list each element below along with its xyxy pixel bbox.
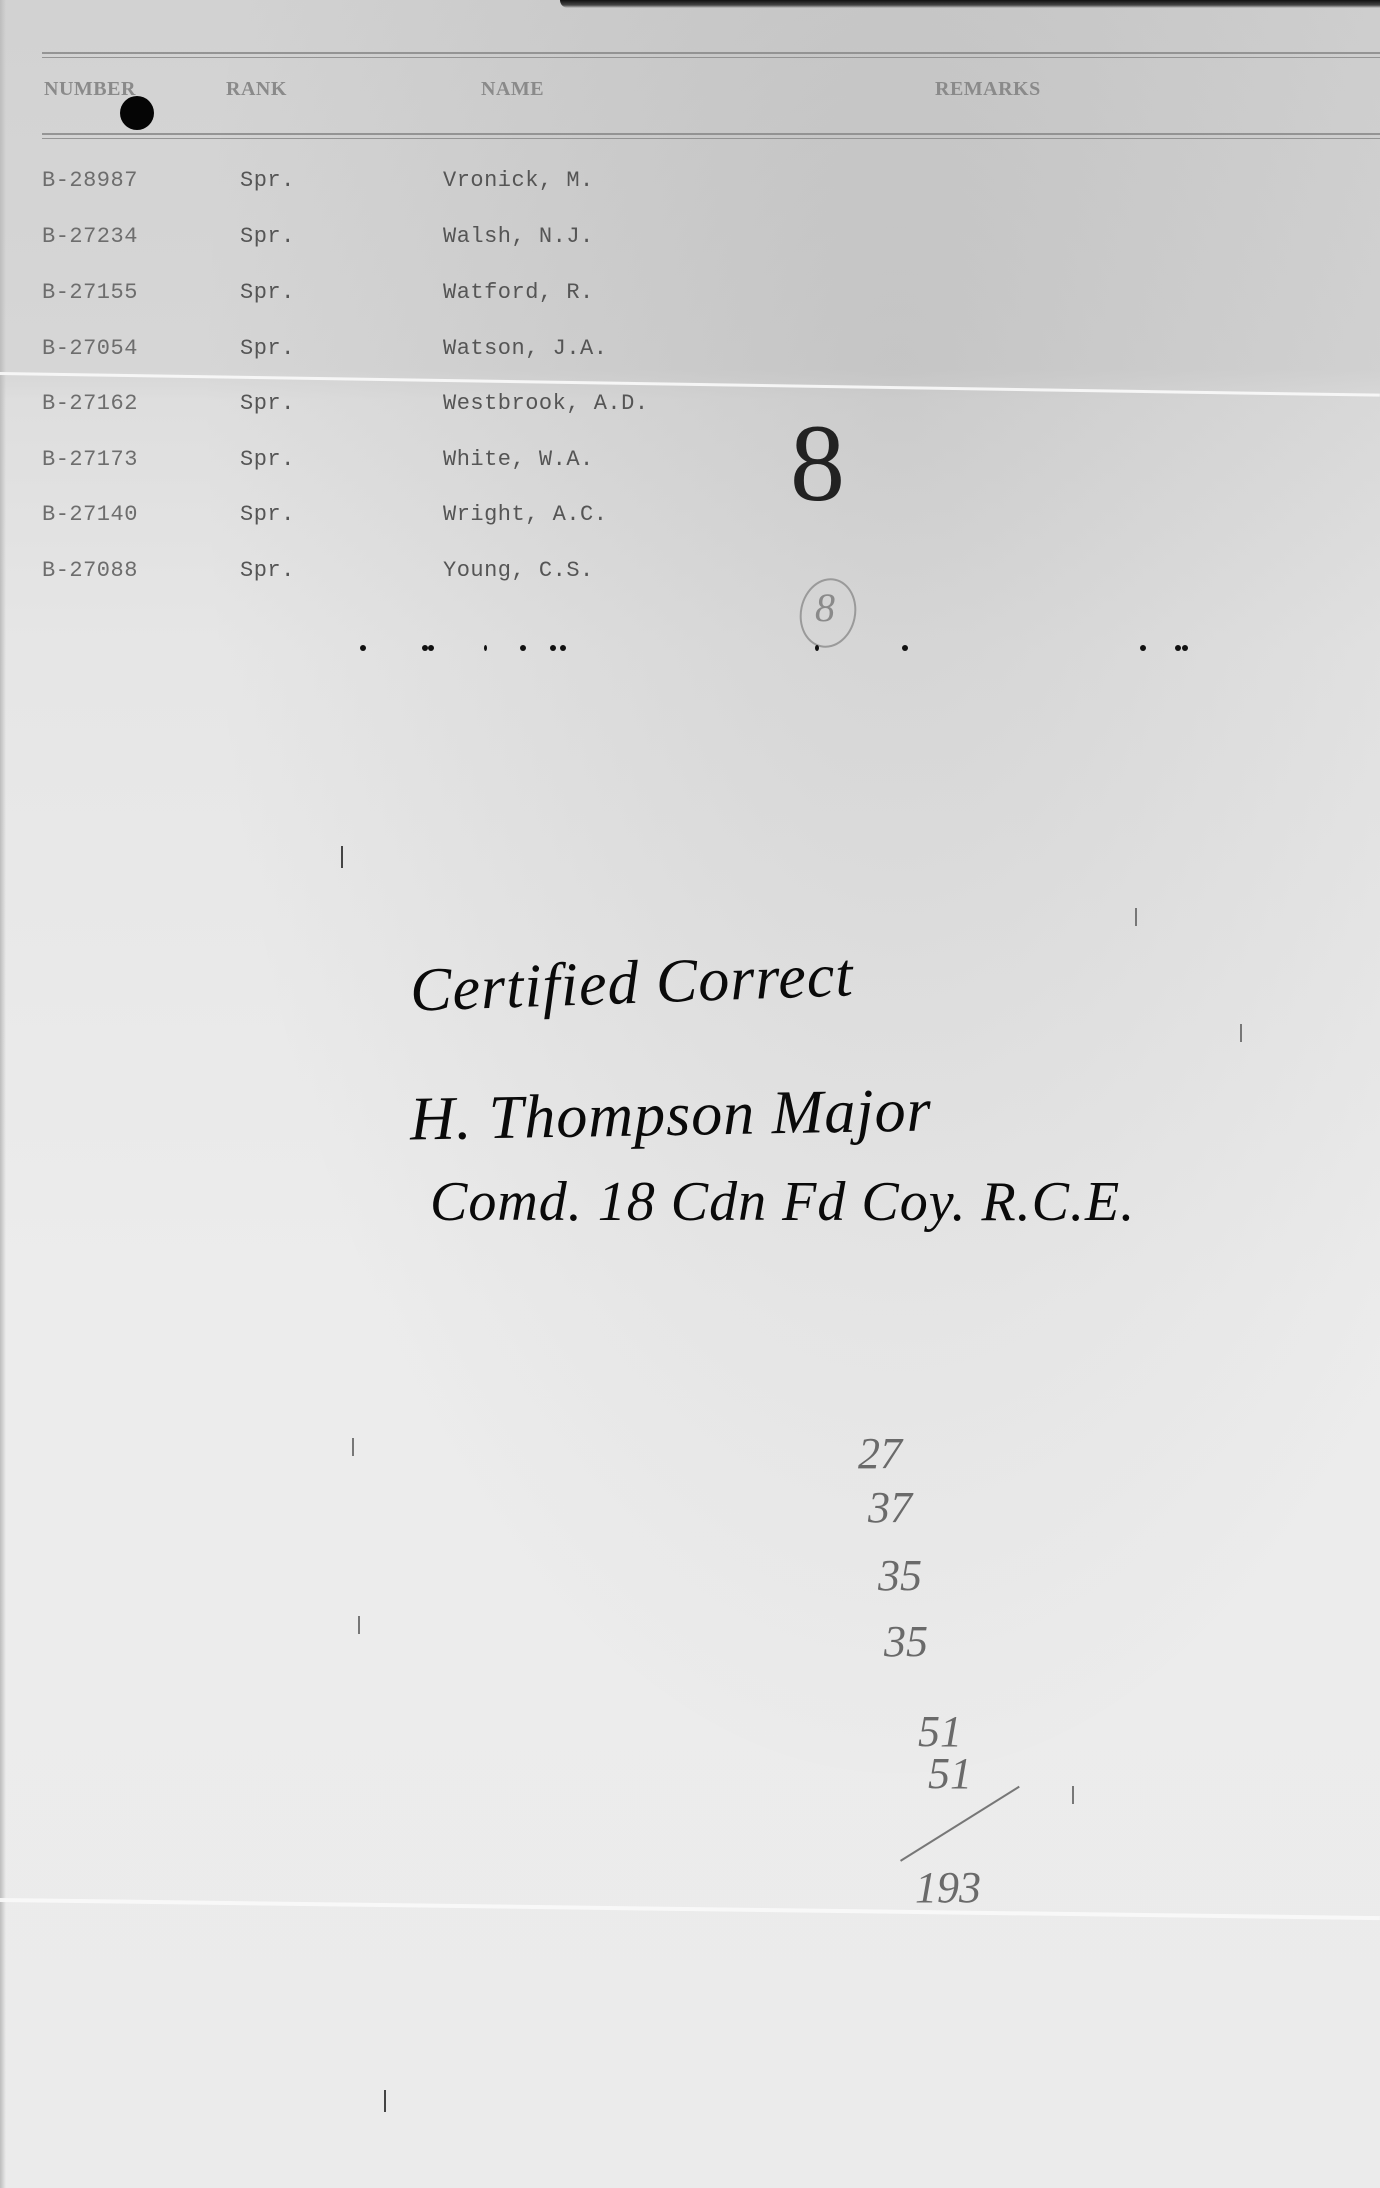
rank: Spr. — [240, 558, 295, 583]
certification-line-1: Certified Correct — [409, 940, 855, 1026]
scan-left-edge — [0, 0, 6, 2188]
pencil-tally-total: 193 — [915, 1866, 981, 1910]
rank: Spr. — [240, 336, 295, 361]
handwritten-count: 8 — [790, 400, 846, 527]
rank: Spr. — [240, 168, 295, 193]
table-row: B-27162 Spr. Westbrook, A.D. — [0, 391, 1380, 421]
pencil-tally-item: 37 — [868, 1486, 912, 1530]
table-row: B-27234 Spr. Walsh, N.J. — [0, 224, 1380, 254]
table-row: B-27054 Spr. Watson, J.A. — [0, 336, 1380, 366]
soldier-name: Walsh, N.J. — [443, 224, 594, 249]
rank: Spr. — [240, 447, 295, 472]
soldier-name: Watford, R. — [443, 280, 594, 305]
service-number: B-27155 — [42, 280, 138, 305]
document-page: NUMBER RANK NAME REMARKS B-28987 Spr. Vr… — [0, 0, 1380, 2188]
stray-mark — [358, 1616, 360, 1634]
pencil-tally-item: 35 — [884, 1620, 928, 1664]
certification-unit: Comd. 18 Cdn Fd Coy. R.C.E. — [430, 1170, 1135, 1234]
service-number: B-27088 — [42, 558, 138, 583]
certification-signature: H. Thompson Major — [409, 1075, 932, 1155]
service-number: B-28987 — [42, 168, 138, 193]
stray-mark — [1240, 1024, 1242, 1042]
table-row: B-28987 Spr. Vronick, M. — [0, 168, 1380, 198]
header-rule-top-2 — [42, 57, 1380, 58]
column-header-number: NUMBER — [44, 78, 136, 101]
service-number: B-27054 — [42, 336, 138, 361]
print-dots — [360, 645, 1240, 651]
service-number: B-27234 — [42, 224, 138, 249]
header-rule-bottom — [42, 133, 1380, 135]
scan-edge-shadow — [560, 0, 1380, 8]
table-row: B-27155 Spr. Watford, R. — [0, 280, 1380, 310]
column-header-name: NAME — [481, 78, 544, 101]
service-number: B-27162 — [42, 391, 138, 416]
table-row: B-27140 Spr. Wright, A.C. — [0, 502, 1380, 532]
pencil-tally-item: 51 — [928, 1752, 972, 1796]
circled-count: 8 — [815, 588, 835, 628]
stray-mark — [1135, 908, 1137, 926]
soldier-name: Vronick, M. — [443, 168, 594, 193]
pencil-tally-item: 35 — [878, 1554, 922, 1598]
rank: Spr. — [240, 224, 295, 249]
soldier-name: Westbrook, A.D. — [443, 391, 649, 416]
rank: Spr. — [240, 502, 295, 527]
pencil-tally-item: 27 — [858, 1432, 902, 1476]
stray-mark — [352, 1438, 354, 1456]
stray-mark — [384, 2090, 386, 2112]
pencil-tally-item: 51 — [918, 1710, 962, 1754]
stray-mark — [1072, 1786, 1074, 1804]
table-row: B-27173 Spr. White, W.A. — [0, 447, 1380, 477]
stray-mark — [341, 846, 343, 868]
rank: Spr. — [240, 280, 295, 305]
service-number: B-27173 — [42, 447, 138, 472]
scan-fold-line — [0, 1898, 1380, 1920]
header-rule-bottom-2 — [42, 138, 1380, 139]
soldier-name: White, W.A. — [443, 447, 594, 472]
column-header-remarks: REMARKS — [935, 78, 1041, 101]
soldier-name: Watson, J.A. — [443, 336, 607, 361]
service-number: B-27140 — [42, 502, 138, 527]
table-row: B-27088 Spr. Young, C.S. — [0, 558, 1380, 588]
soldier-name: Wright, A.C. — [443, 502, 607, 527]
rank: Spr. — [240, 391, 295, 416]
header-rule-top — [42, 52, 1380, 54]
soldier-name: Young, C.S. — [443, 558, 594, 583]
column-header-rank: RANK — [226, 78, 287, 101]
punch-hole — [120, 96, 154, 130]
